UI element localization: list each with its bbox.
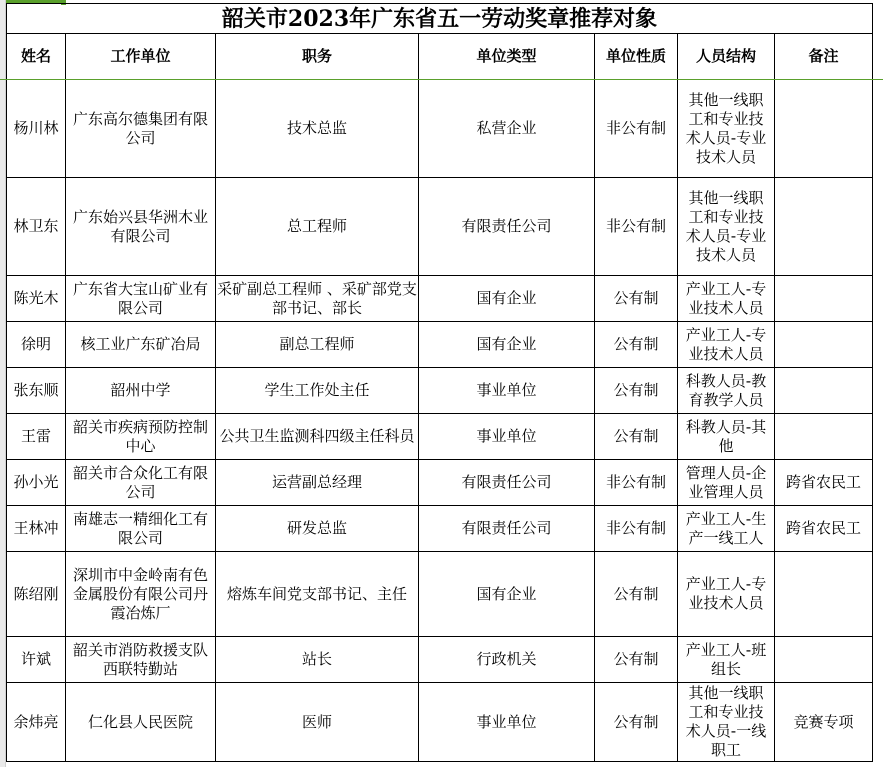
cell-name[interactable]: 陈光木 bbox=[7, 276, 66, 322]
cell-ownership[interactable]: 公有制 bbox=[595, 414, 678, 460]
cell-ownership[interactable]: 非公有制 bbox=[595, 178, 678, 276]
cell-unit-type[interactable]: 事业单位 bbox=[419, 683, 595, 762]
cell-name[interactable]: 许斌 bbox=[7, 637, 66, 683]
cell-employer[interactable]: 深圳市中金岭南有色金属股份有限公司丹霞冶炼厂 bbox=[66, 552, 216, 637]
table-row: 徐明 核工业广东矿冶局 副总工程师 国有企业 公有制 产业工人-专业技术人员 bbox=[7, 322, 873, 368]
cell-position[interactable]: 学生工作处主任 bbox=[216, 368, 419, 414]
cell-name[interactable]: 孙小光 bbox=[7, 460, 66, 506]
cell-note[interactable] bbox=[775, 276, 873, 322]
cell-category[interactable]: 其他一线职工和专业技术人员-一线职工 bbox=[678, 683, 775, 762]
cell-ownership[interactable]: 非公有制 bbox=[595, 460, 678, 506]
sheet-title[interactable]: 韶关市2023年广东省五一劳动奖章推荐对象 bbox=[7, 4, 873, 34]
cell-category[interactable]: 科教人员-教育教学人员 bbox=[678, 368, 775, 414]
cell-position[interactable]: 采矿副总工程师 、采矿部党支部书记、部长 bbox=[216, 276, 419, 322]
cell-note[interactable]: 跨省农民工 bbox=[775, 460, 873, 506]
cell-ownership[interactable]: 公有制 bbox=[595, 322, 678, 368]
cell-category[interactable]: 产业工人-专业技术人员 bbox=[678, 322, 775, 368]
cell-name[interactable]: 林卫东 bbox=[7, 178, 66, 276]
cell-ownership[interactable]: 公有制 bbox=[595, 683, 678, 762]
cell-note[interactable]: 竞赛专项 bbox=[775, 683, 873, 762]
cell-name[interactable]: 余炜亮 bbox=[7, 683, 66, 762]
cell-unit-type[interactable]: 有限责任公司 bbox=[419, 506, 595, 552]
cell-note[interactable] bbox=[775, 178, 873, 276]
cell-category[interactable]: 其他一线职工和专业技术人员-专业技术人员 bbox=[678, 178, 775, 276]
header-row: 姓名 工作单位 职务 单位类型 单位性质 人员结构 备注 bbox=[7, 34, 873, 80]
cell-category[interactable]: 产业工人-生产一线工人 bbox=[678, 506, 775, 552]
cell-employer[interactable]: 广东高尔德集团有限公司 bbox=[66, 80, 216, 178]
column-header-unit-type[interactable]: 单位类型 bbox=[419, 34, 595, 80]
title-row: 韶关市2023年广东省五一劳动奖章推荐对象 bbox=[7, 4, 873, 34]
cell-unit-type[interactable]: 事业单位 bbox=[419, 414, 595, 460]
cell-note[interactable] bbox=[775, 414, 873, 460]
cell-note[interactable] bbox=[775, 552, 873, 637]
cell-category[interactable]: 产业工人-专业技术人员 bbox=[678, 276, 775, 322]
cell-employer[interactable]: 仁化县人民医院 bbox=[66, 683, 216, 762]
column-header-name[interactable]: 姓名 bbox=[7, 34, 66, 80]
cell-employer[interactable]: 广东省大宝山矿业有限公司 bbox=[66, 276, 216, 322]
table-row: 王林冲 南雄志一精细化工有限公司 研发总监 有限责任公司 非公有制 产业工人-生… bbox=[7, 506, 873, 552]
cell-position[interactable]: 运营副总经理 bbox=[216, 460, 419, 506]
cell-position[interactable]: 副总工程师 bbox=[216, 322, 419, 368]
cell-employer[interactable]: 韶关市合众化工有限公司 bbox=[66, 460, 216, 506]
cell-ownership[interactable]: 非公有制 bbox=[595, 506, 678, 552]
cell-ownership[interactable]: 公有制 bbox=[595, 552, 678, 637]
table-row: 陈光木 广东省大宝山矿业有限公司 采矿副总工程师 、采矿部党支部书记、部长 国有… bbox=[7, 276, 873, 322]
table-row: 余炜亮 仁化县人民医院 医师 事业单位 公有制 其他一线职工和专业技术人员-一线… bbox=[7, 683, 873, 762]
cell-employer[interactable]: 南雄志一精细化工有限公司 bbox=[66, 506, 216, 552]
cell-note[interactable] bbox=[775, 322, 873, 368]
cell-name[interactable]: 徐明 bbox=[7, 322, 66, 368]
cell-category[interactable]: 科教人员-其他 bbox=[678, 414, 775, 460]
cell-category[interactable]: 产业工人-班组长 bbox=[678, 637, 775, 683]
cell-name[interactable]: 王林冲 bbox=[7, 506, 66, 552]
cell-name[interactable]: 王雷 bbox=[7, 414, 66, 460]
cell-category[interactable]: 其他一线职工和专业技术人员-专业技术人员 bbox=[678, 80, 775, 178]
cell-position[interactable]: 总工程师 bbox=[216, 178, 419, 276]
table-row: 林卫东 广东始兴县华洲木业有限公司 总工程师 有限责任公司 非公有制 其他一线职… bbox=[7, 178, 873, 276]
cell-name[interactable]: 张东顺 bbox=[7, 368, 66, 414]
cell-category[interactable]: 产业工人-专业技术人员 bbox=[678, 552, 775, 637]
cell-note[interactable]: 跨省农民工 bbox=[775, 506, 873, 552]
column-header-ownership[interactable]: 单位性质 bbox=[595, 34, 678, 80]
cell-position[interactable]: 医师 bbox=[216, 683, 419, 762]
spreadsheet-table: 韶关市2023年广东省五一劳动奖章推荐对象 姓名 工作单位 职务 单位类型 单位… bbox=[6, 3, 873, 762]
cell-ownership[interactable]: 公有制 bbox=[595, 637, 678, 683]
cell-name[interactable]: 杨川林 bbox=[7, 80, 66, 178]
cell-ownership[interactable]: 公有制 bbox=[595, 368, 678, 414]
table-row: 孙小光 韶关市合众化工有限公司 运营副总经理 有限责任公司 非公有制 管理人员-… bbox=[7, 460, 873, 506]
cell-category[interactable]: 管理人员-企业管理人员 bbox=[678, 460, 775, 506]
column-header-position[interactable]: 职务 bbox=[216, 34, 419, 80]
cell-ownership[interactable]: 公有制 bbox=[595, 276, 678, 322]
table-row: 许斌 韶关市消防救援支队西联特勤站 站长 行政机关 公有制 产业工人-班组长 bbox=[7, 637, 873, 683]
cell-unit-type[interactable]: 私营企业 bbox=[419, 80, 595, 178]
cell-unit-type[interactable]: 有限责任公司 bbox=[419, 460, 595, 506]
cell-unit-type[interactable]: 国有企业 bbox=[419, 552, 595, 637]
selected-row-indicator bbox=[0, 79, 883, 80]
cell-employer[interactable]: 韶州中学 bbox=[66, 368, 216, 414]
table-row: 王雷 韶关市疾病预防控制中心 公共卫生监测科四级主任科员 事业单位 公有制 科教… bbox=[7, 414, 873, 460]
column-header-employer[interactable]: 工作单位 bbox=[66, 34, 216, 80]
cell-position[interactable]: 技术总监 bbox=[216, 80, 419, 178]
column-header-note[interactable]: 备注 bbox=[775, 34, 873, 80]
table-row: 杨川林 广东高尔德集团有限公司 技术总监 私营企业 非公有制 其他一线职工和专业… bbox=[7, 80, 873, 178]
cell-position[interactable]: 研发总监 bbox=[216, 506, 419, 552]
cell-name[interactable]: 陈绍刚 bbox=[7, 552, 66, 637]
cell-employer[interactable]: 广东始兴县华洲木业有限公司 bbox=[66, 178, 216, 276]
cell-position[interactable]: 公共卫生监测科四级主任科员 bbox=[216, 414, 419, 460]
cell-employer[interactable]: 韶关市消防救援支队西联特勤站 bbox=[66, 637, 216, 683]
cell-unit-type[interactable]: 国有企业 bbox=[419, 276, 595, 322]
cell-position[interactable]: 站长 bbox=[216, 637, 419, 683]
cell-note[interactable] bbox=[775, 80, 873, 178]
cell-unit-type[interactable]: 行政机关 bbox=[419, 637, 595, 683]
cell-unit-type[interactable]: 事业单位 bbox=[419, 368, 595, 414]
cell-employer[interactable]: 韶关市疾病预防控制中心 bbox=[66, 414, 216, 460]
cell-unit-type[interactable]: 有限责任公司 bbox=[419, 178, 595, 276]
cell-unit-type[interactable]: 国有企业 bbox=[419, 322, 595, 368]
table-row: 陈绍刚 深圳市中金岭南有色金属股份有限公司丹霞冶炼厂 熔炼车间党支部书记、主任 … bbox=[7, 552, 873, 637]
cell-ownership[interactable]: 非公有制 bbox=[595, 80, 678, 178]
cell-position[interactable]: 熔炼车间党支部书记、主任 bbox=[216, 552, 419, 637]
column-header-category[interactable]: 人员结构 bbox=[678, 34, 775, 80]
cell-note[interactable] bbox=[775, 637, 873, 683]
cell-note[interactable] bbox=[775, 368, 873, 414]
table-row: 张东顺 韶州中学 学生工作处主任 事业单位 公有制 科教人员-教育教学人员 bbox=[7, 368, 873, 414]
cell-employer[interactable]: 核工业广东矿冶局 bbox=[66, 322, 216, 368]
